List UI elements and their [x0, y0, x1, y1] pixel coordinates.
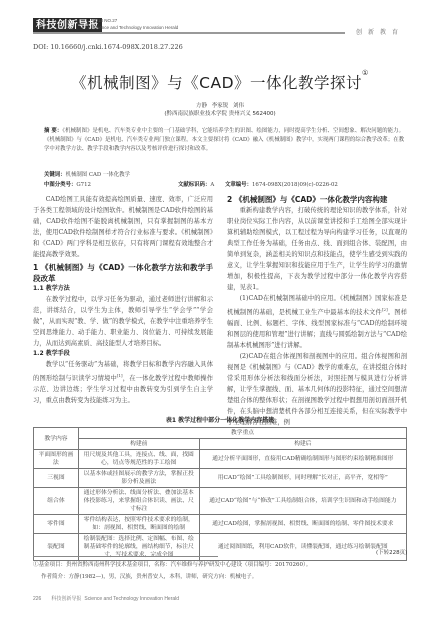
author-bio-footnote: 作者简介：方静(1982—)，男，汉族，贵州普安人，本科，讲师，研究方向：机械电… — [41, 572, 257, 580]
header-teaching-content: 教学内容 — [34, 428, 79, 450]
teaching-means-paragraph: 教学以“任务驱动”为基础，将教学目标和教学内容融入具体的图形绘制与识读学习情境中… — [33, 359, 213, 406]
title-footnote-mark: ① — [362, 69, 369, 77]
cell-before: 零件结构表达，按照零件技术要求的绘制，如：剖视图、相贯线、断面图的绘制 — [78, 515, 199, 534]
cell-after: 通过分析平面图形，直接用CAD精确绘制图形与图形约束绘制精准图形 — [199, 450, 406, 469]
cell-after: 通过CAD绘图，掌握剖视图、相贯线、断面图的绘制、零件图技术要求 — [199, 515, 406, 534]
keywords-text: 机械制图 CAD 一体化教学 — [66, 172, 130, 178]
classification-value: G712 — [76, 182, 91, 188]
table-caption: 表1 教学过程中部分一体化教学内容搭建 — [0, 415, 440, 424]
cell-after: 用CAD“绘图”工具绘制图形，同时理解“长对正，高平齐，宽相等” — [199, 469, 406, 488]
content-table: 教学内容 教学重点 构建前 构建后 平面图形的画法 用尺规及其他工具，连接点、线… — [33, 427, 407, 561]
abstract: 摘 要：《机械制图》是机电、汽车类专业中主要的一门基础学科，它能培养学生的识图、… — [44, 127, 404, 154]
affiliation: (黔西南民族职业技术学院 贵州兴义 562400) — [0, 109, 440, 117]
header-after: 构建后 — [199, 439, 406, 450]
intro-paragraph: CAD绘图工具能有效提高绘图质量、速度、效率，广泛应用于各类工程领域的设计绘图软… — [33, 194, 213, 260]
fund-footnote: ①基金项目：贵州省黔西南州科学技术基金项目，名称：汽车维修与养护研发中心建设（项… — [33, 560, 311, 568]
table-row: 平面图形的画法 用尺规及其他工具，连接点、线、面，找圆心，切点等规范性的手工绘图… — [34, 450, 407, 469]
section-1-heading: 1 《机械制图》与《CAD》一体化教学方法和教学手段改革 — [33, 262, 213, 284]
cell-content: 平面图形的画法 — [34, 450, 79, 469]
cell-content: 三视图 — [34, 469, 79, 488]
header-before: 构建前 — [78, 439, 199, 450]
page-footer: 226科技创新导报Science and Technology Innovati… — [33, 595, 189, 602]
right-column: 2 《机械制图》与《CAD》一体化教学内容构建 重新构建教学内容，打破传统的理论… — [227, 194, 407, 428]
cell-content: 零件图 — [34, 515, 79, 534]
continued-note: (下转228页) — [376, 548, 407, 556]
footer-journal-cn: 科技创新导报 — [51, 596, 81, 602]
doc-code-value: A — [210, 182, 214, 188]
table-row: 零件图 零件结构表达，按照零件技术要求的绘制，如：剖视图、相贯线、断面图的绘制 … — [34, 515, 407, 534]
classification-label: 中图分类号： — [44, 182, 76, 188]
authors: 方静 李家锐 刘伟 — [0, 101, 440, 109]
doi: DOI: 10.16660/j.cnki.1674-098X.2018.27.2… — [33, 43, 183, 51]
cell-after: 通过CAD“绘图”与“修改”工具绘制组合体，培训学生识图和动手绘图能力 — [199, 488, 406, 515]
footnote-divider — [33, 556, 218, 557]
subsection-1-2-heading: 1.2 教学手段 — [33, 349, 213, 359]
journal-logo: 科技创新导报 — [33, 18, 102, 33]
footer-journal-en: Science and Technology Innovation Herald — [84, 596, 179, 602]
header-divider — [33, 32, 345, 34]
cell-content: 组合体 — [34, 488, 79, 515]
cell-before: 以基本体或挂图展示的教学方法，掌握正投影分析及画法 — [78, 469, 199, 488]
keywords: 关键词：机械制图 CAD 一体化教学 — [44, 170, 130, 178]
table-subheader-row: 构建前 构建后 — [34, 439, 407, 450]
teaching-method-paragraph: 在教学过程中，以学习任务为驱动，通过老师进行讲解和示范，讲练结合，以学生为主体，… — [33, 294, 213, 349]
content-construction-paragraph: 重新构建教学内容，打破传统的理论知识的教学体系，针对职业岗位实际工作内容，从以前… — [227, 205, 407, 293]
cad-basics-text: (1)CAD在机械制图基础中的应用。《机械制图》国家标准是机械制图的基础，是机械… — [227, 295, 407, 316]
article-number-label: 文章编号： — [225, 182, 252, 188]
cell-after: 通过阅图图纸，利用CAD软件，读懂装配图，通过练习绘制装配图 — [199, 534, 406, 561]
classification-number: 中图分类号：G712 — [44, 180, 91, 188]
cad-basics-paragraph: (1)CAD在机械制图基础中的应用。《机械制图》国家标准是机械制图的基础，是机械… — [227, 293, 407, 351]
article-number-value: 1674-098X(2018)09(c)-0226-02 — [252, 182, 338, 188]
table-row: 组合体 通过形体分析法、线面分析法、叠加法基本体投影练习，来掌握组合体识读、画法… — [34, 488, 407, 515]
page-number: 226 — [33, 596, 41, 602]
table-row: 三视图 以基本体或挂图展示的教学方法，掌握正投影分析及画法 用CAD“绘图”工具… — [34, 469, 407, 488]
document-code: 文献标识码：A — [178, 180, 214, 188]
table-header-row: 教学内容 教学重点 — [34, 428, 407, 439]
abstract-label: 摘 要： — [44, 128, 62, 134]
keywords-label: 关键词： — [44, 172, 66, 178]
header-teaching-focus: 教学重点 — [78, 428, 406, 439]
left-column: CAD绘图工具能有效提高绘图质量、速度、效率，广泛应用于各类工程领域的设计绘图软… — [33, 194, 213, 406]
subsection-1-1-heading: 1.1 教学方法 — [33, 284, 213, 294]
section-2-heading: 2 《机械制图》与《CAD》一体化教学内容构建 — [227, 194, 407, 205]
article-title: 《机械制图》与《CAD》一体化教学探讨① — [0, 71, 440, 93]
title-text: 《机械制图》与《CAD》一体化教学探讨 — [71, 74, 362, 92]
section-label: 创新教育 — [356, 27, 404, 36]
issue-number: 2018 NO.27 — [93, 18, 117, 24]
cell-before: 用尺规及其他工具，连接点、线、面，找圆心，切点等规范性的手工绘图 — [78, 450, 199, 469]
abstract-text: 《机械制图》是机电、汽车类专业中主要的一门基础学科，它能培养学生的识图、绘图能力… — [44, 128, 404, 152]
journal-english-name: Science and Technology Innovation Herald — [93, 25, 178, 31]
article-number: 文章编号：1674-098X(2018)09(c)-0226-02 — [225, 180, 338, 188]
doc-code-label: 文献标识码： — [178, 182, 210, 188]
cell-before: 通过形体分析法、线面分析法、叠加法基本体投影练习，来掌握组合体识读、画法、尺寸标… — [78, 488, 199, 515]
